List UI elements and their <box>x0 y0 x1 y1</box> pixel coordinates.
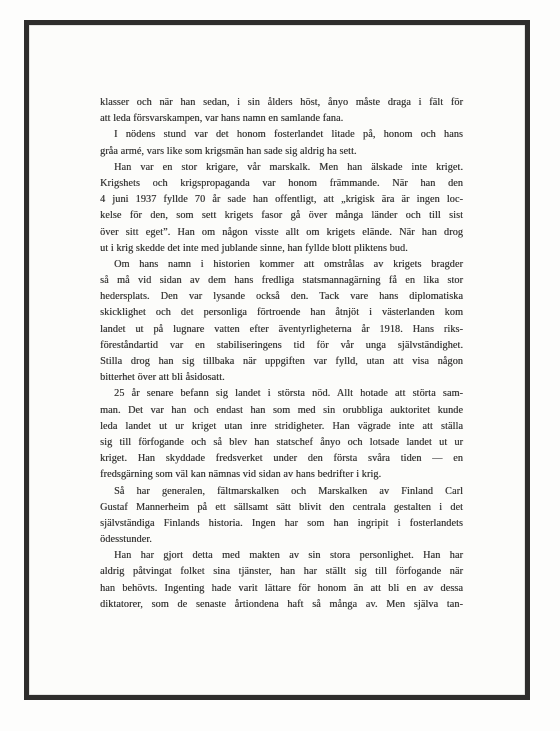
text-line: kelse för den, som sett krigets fasor gå… <box>100 208 463 224</box>
text-line: leda landet ut ur kriget utan inre strid… <box>100 419 463 435</box>
text-line: 4 juni 1937 fyllde 70 år sade han offent… <box>100 192 463 208</box>
text-line: Stilla drog han sig tillbaka när uppgift… <box>100 354 463 370</box>
text-line: skicklighet och det personliga förtroend… <box>100 305 463 321</box>
text-line: landet ut på lugnare vatten efter äventy… <box>100 322 463 338</box>
text-line: självständiga Finlands historia. Ingen h… <box>100 516 463 532</box>
text-line: föreståndartid var en stabiliseringens t… <box>100 338 463 354</box>
text-line: man. Det var han och endast han som med … <box>100 403 463 419</box>
text-line: aldrig påtvingat folket sina tjänster, h… <box>100 564 463 580</box>
text-line: Om hans namn i historien kommer att omst… <box>100 257 463 273</box>
text-line: över sitt eget”. Han om någon visste all… <box>100 225 463 241</box>
text-line: gråa armé, vars like som krigsmän han sa… <box>100 144 463 160</box>
text-line: Han var en stor krigare, vår marskalk. M… <box>100 160 463 176</box>
scanned-page: klasser och när han sedan, i sin ålders … <box>0 0 560 731</box>
text-line: hedersplats. Den var lysande också den. … <box>100 289 463 305</box>
page-text: klasser och när han sedan, i sin ålders … <box>100 95 463 613</box>
text-line: kriget. Han skyddade fredsverket under d… <box>100 451 463 467</box>
text-line: diktatorer, som de senaste årtiondena ha… <box>100 597 463 613</box>
text-line: fredsgärning som väl kan nämnas vid sida… <box>100 467 463 483</box>
text-line: så må vid sidan av dem hans fredliga sta… <box>100 273 463 289</box>
text-line: han behövts. Ingenting hade varit lättar… <box>100 581 463 597</box>
text-line: Så har generalen, fältmarskalken och Mar… <box>100 484 463 500</box>
text-line: ödesstunder. <box>100 532 463 548</box>
text-line: 25 år senare befann sig landet i största… <box>100 386 463 402</box>
text-line: Krigshets och krigspropaganda var honom … <box>100 176 463 192</box>
text-line: klasser och när han sedan, i sin ålders … <box>100 95 463 111</box>
text-line: Gustaf Mannerheim på ett sällsamt sätt b… <box>100 500 463 516</box>
text-line: att leda försvarskampen, var hans namn e… <box>100 111 463 127</box>
text-line: Han har gjort detta med makten av sin st… <box>100 548 463 564</box>
text-line: ut i krig skedde det inte med jublande s… <box>100 241 463 257</box>
text-line: sig till förfogande och så blev han stat… <box>100 435 463 451</box>
text-line: I nödens stund var det honom fosterlande… <box>100 127 463 143</box>
text-line: bitterhet över att bli åsidosatt. <box>100 370 463 386</box>
page-frame: klasser och när han sedan, i sin ålders … <box>24 20 530 700</box>
